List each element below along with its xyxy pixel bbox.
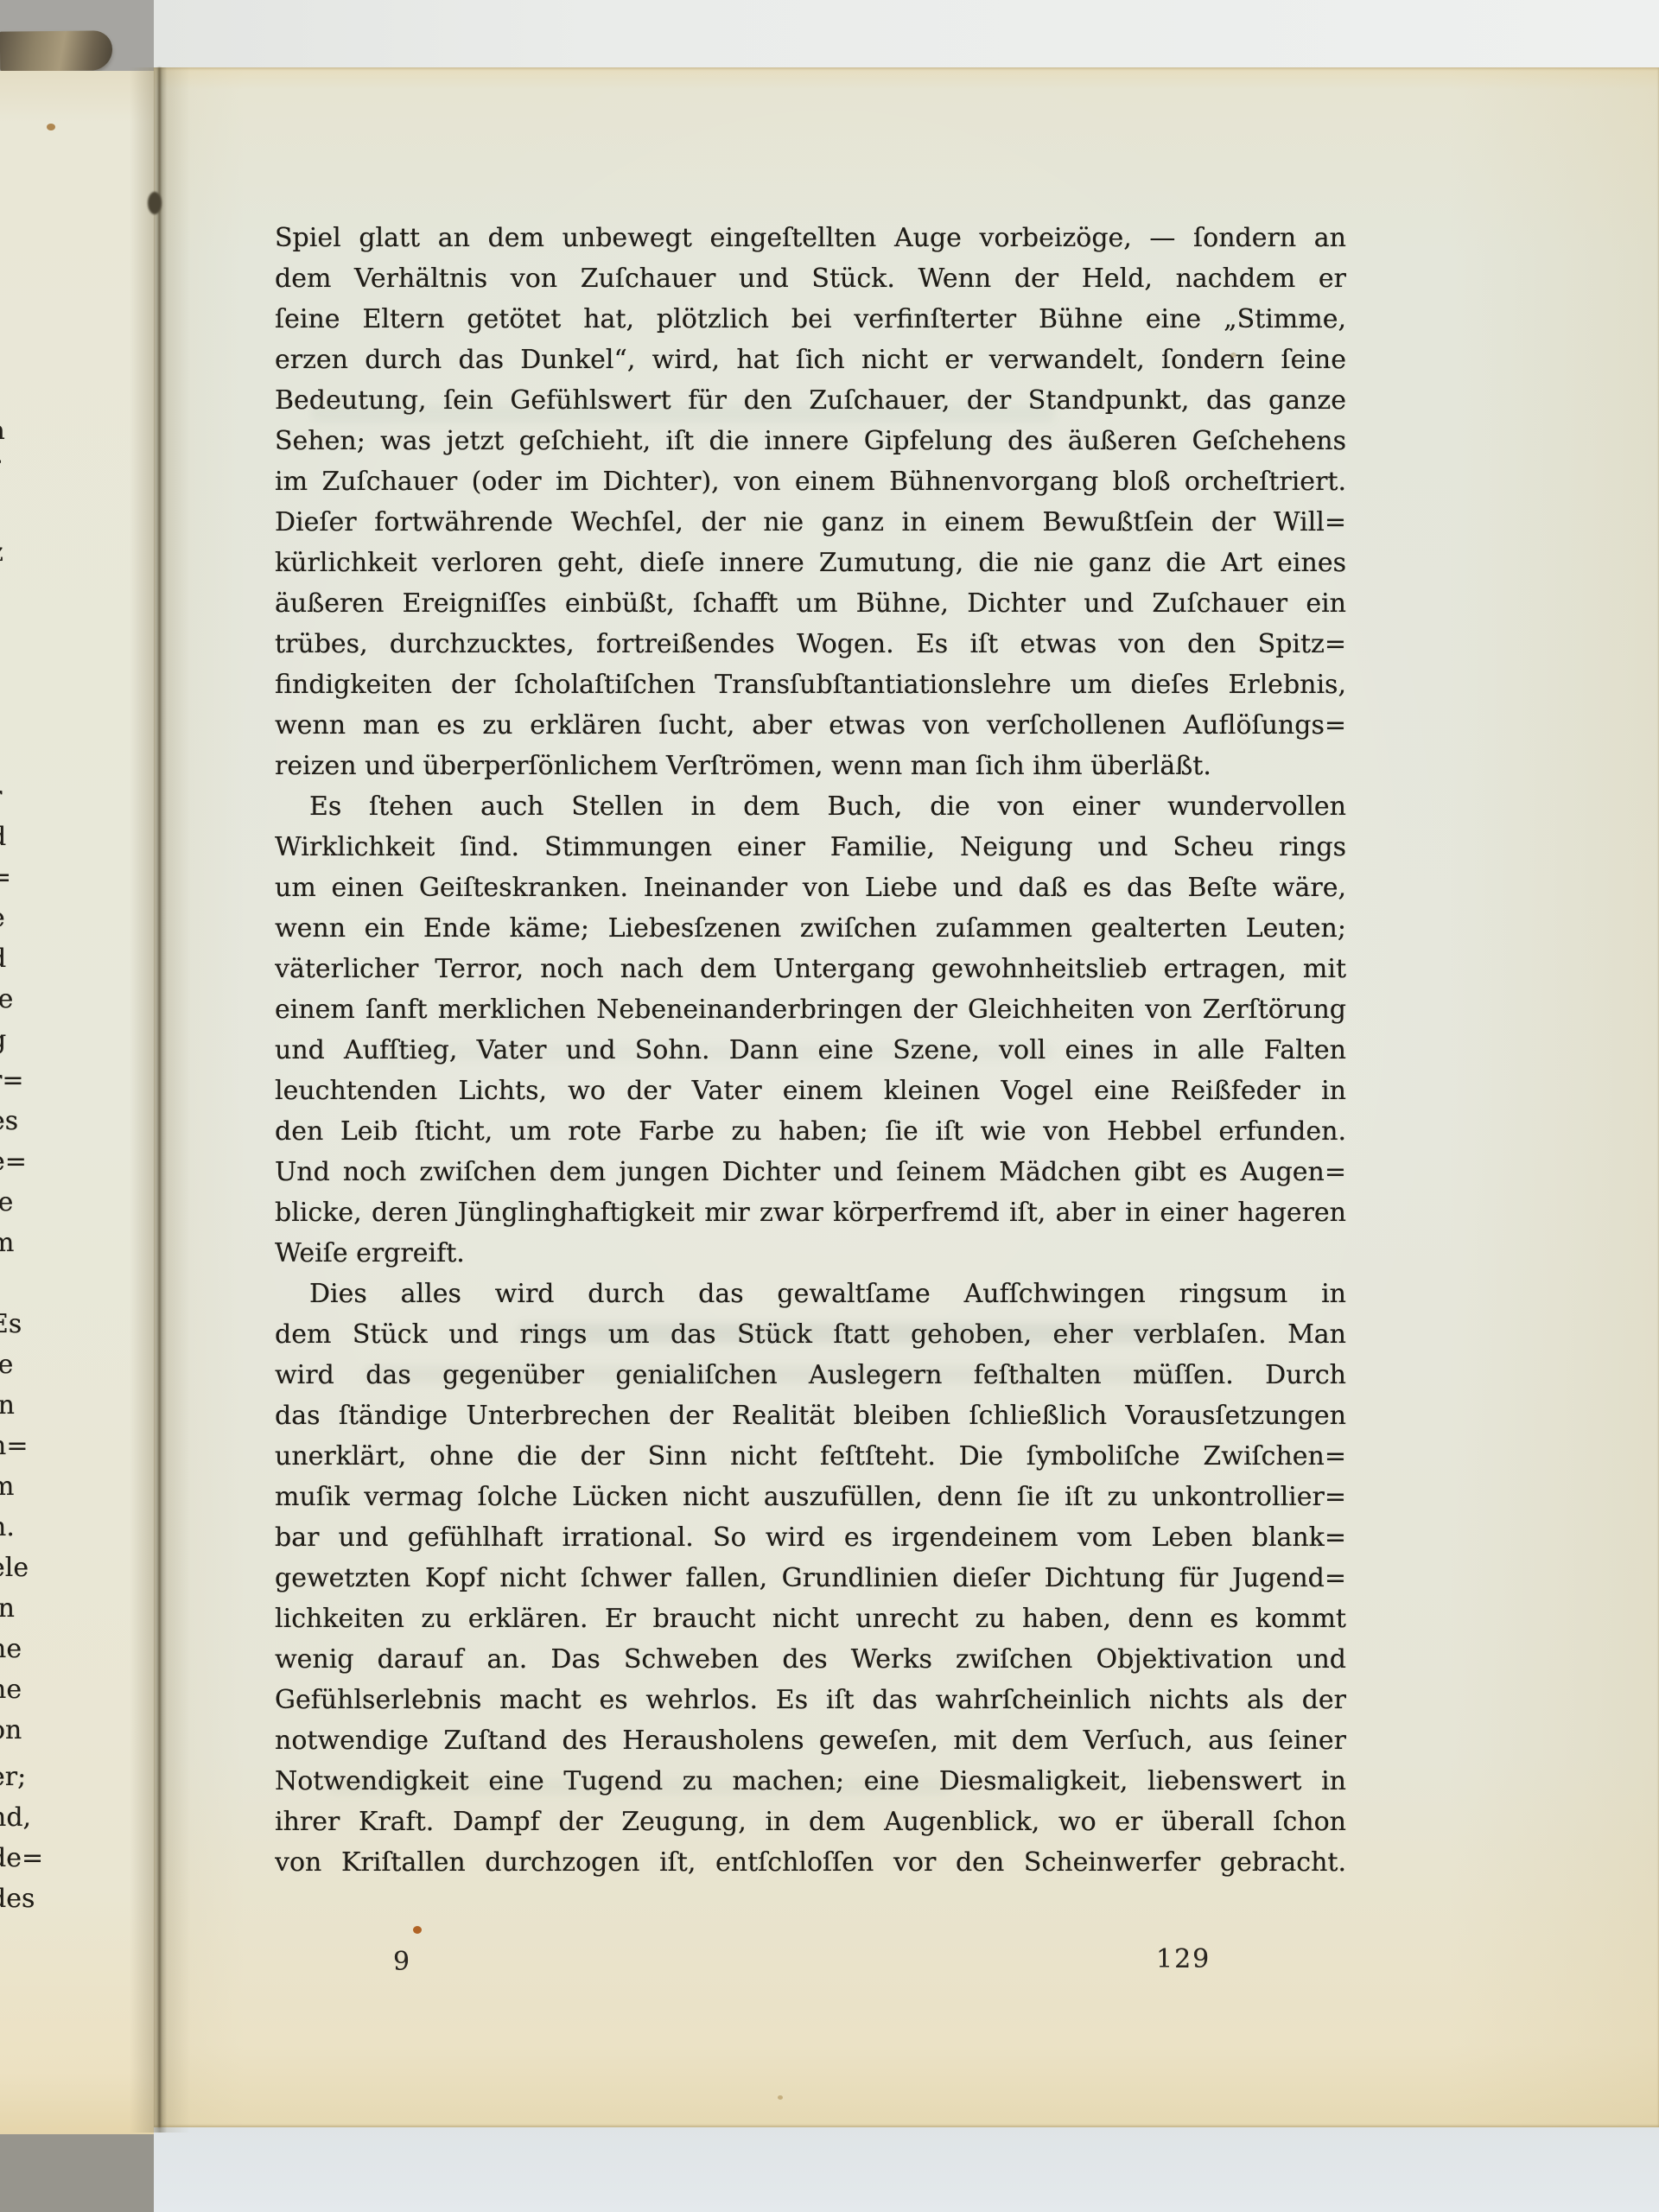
text-line: leuchtenden Lichts, wo der Vater einem k… — [275, 1071, 1346, 1111]
text-line: Es ſtehen auch Stellen in dem Buch, die … — [275, 786, 1346, 827]
text-line: Bedeutung, ſein Gefühlswert für den Zuſc… — [275, 380, 1346, 421]
text-line: ſeine Eltern getötet hat, plötzlich bei … — [275, 299, 1346, 340]
text-line: äußeren Ereigniſſes einbüßt, ſchafft um … — [275, 583, 1346, 624]
backing-page-bottom — [154, 2126, 1659, 2212]
left-page-text-fragment: m — [0, 1229, 14, 1258]
left-page-text-fragment: he — [0, 1635, 22, 1664]
left-page-text-fragment: e= — [0, 1147, 27, 1177]
text-line: lichkeiten zu erklären. Er braucht nicht… — [275, 1599, 1346, 1639]
text-line: Und noch zwiſchen dem jungen Dichter und… — [275, 1152, 1346, 1192]
book-cover-edge — [0, 30, 112, 71]
text-line: trübes, durchzucktes, fortreißendes Woge… — [275, 624, 1346, 664]
left-page-text-fragment: e — [0, 904, 5, 933]
text-line: blicke, deren Jünglinghaftigkeit mir zwa… — [275, 1192, 1346, 1233]
left-page-text-fragment: ie — [0, 1188, 13, 1217]
text-line: Wirklichkeit ſind. Stimmungen einer Fami… — [275, 827, 1346, 868]
left-page-text-fragment: in — [0, 1594, 15, 1624]
text-line: den Leib ſticht, um rote Farbe zu haben;… — [275, 1111, 1346, 1152]
foxing-spot — [47, 124, 55, 130]
left-page-text-fragment: m — [0, 1472, 14, 1502]
left-page-text-fragment: Es — [0, 1310, 22, 1339]
text-line: findigkeiten der ſcholaſtiſchen Transſub… — [275, 664, 1346, 705]
text-line: das ſtändige Unterbrechen der Realität b… — [275, 1395, 1346, 1436]
left-page-text-fragment: de= — [0, 1844, 43, 1873]
left-page-strip: ·:aſ;zrd=ediegr=ese=iemEsieinh=mn.eleinh… — [0, 71, 154, 2134]
left-page-text-fragment: = — [0, 863, 11, 893]
text-line: gewetzten Kopf nicht ſchwer fallen, Grun… — [275, 1558, 1346, 1599]
text-line: dem Stück und rings um das Stück ſtatt g… — [275, 1314, 1346, 1355]
gutter-notch — [148, 192, 162, 214]
left-page-text-fragment: on — [0, 1716, 22, 1745]
left-page-text-fragment: r= — [0, 1066, 23, 1096]
text-line: Dieſer fortwährende Wechſel, der nie gan… — [275, 502, 1346, 543]
text-line: unerklärt, ohne die der Sinn nicht feſtſ… — [275, 1436, 1346, 1477]
text-line: ihrer Kraft. Dampf der Zeugung, in dem A… — [275, 1802, 1346, 1842]
text-line: muſik vermag ſolche Lücken nicht auszufü… — [275, 1477, 1346, 1517]
scanner-background — [0, 2133, 154, 2212]
signature-number: 9 — [393, 1947, 410, 1977]
text-line: Dies alles wird durch das gewaltſame Auf… — [275, 1274, 1346, 1314]
text-line: Spiel glatt an dem unbewegt eingeſtellte… — [275, 218, 1346, 258]
left-page-text-fragment: es — [0, 1107, 18, 1136]
left-page-text-fragment: d — [0, 823, 6, 852]
gutter-shadow — [158, 67, 161, 2127]
left-page-text-fragment: er; — [0, 1763, 26, 1792]
left-page-text-fragment: a — [0, 416, 5, 446]
left-page-text-fragment: ne — [0, 1675, 22, 1705]
text-line: wenn ein Ende käme; Liebesſzenen zwiſche… — [275, 908, 1346, 949]
text-line: Gefühlserlebnis macht es wehrlos. Es iſt… — [275, 1680, 1346, 1720]
text-line: wenig darauf an. Das Schweben des Werks … — [275, 1639, 1346, 1680]
page-number: 129 — [1156, 1944, 1211, 1974]
text-line: einem ſanft merklichen Nebeneinanderbrin… — [275, 989, 1346, 1030]
text-line: erzen durch das Dunkel“, wird, hat ſich … — [275, 340, 1346, 380]
left-page-text-fragment: r — [0, 782, 2, 811]
text-line: um einen Geiſteskranken. Ineinander von … — [275, 868, 1346, 908]
text-line: Notwendigkeit eine Tugend zu machen; ein… — [275, 1761, 1346, 1802]
left-page-text-fragment: in — [0, 1391, 15, 1421]
foxing-spot — [1230, 353, 1236, 358]
left-page-text-fragment: ie — [0, 985, 13, 1014]
text-line: Weiſe ergreift. — [275, 1233, 1346, 1274]
text-line: Sehen; was jetzt geſchieht, iſt die inne… — [275, 421, 1346, 461]
text-line: dem Verhältnis von Zuſchauer und Stück. … — [275, 258, 1346, 299]
left-page-text-fragment: nd, — [0, 1803, 31, 1833]
text-line: reizen und überperſönlichem Verſtrömen, … — [275, 746, 1346, 786]
left-page-text-fragment: h= — [0, 1432, 28, 1461]
text-line: väterlicher Terror, noch nach dem Unterg… — [275, 949, 1346, 989]
left-page-text-fragment: n. — [0, 1513, 15, 1542]
left-page-text-fragment: d — [0, 944, 6, 974]
text-line: und Aufſtieg, Vater und Sohn. Dann eine … — [275, 1030, 1346, 1071]
text-line: bar und gefühlhaft irrational. So wird e… — [275, 1517, 1346, 1558]
text-line: kürlichkeit verloren geht, dieſe innere … — [275, 543, 1346, 583]
backing-page-top — [154, 0, 1659, 69]
text-block: Spiel glatt an dem unbewegt eingeſtellte… — [275, 218, 1346, 1883]
left-page-text-fragment: g — [0, 1026, 6, 1055]
left-page-text-fragment: des — [0, 1885, 35, 1914]
left-page-text-fragment: z — [0, 538, 3, 568]
text-line: wird das gegenüber genialiſchen Ausleger… — [275, 1355, 1346, 1395]
foxing-spot — [413, 1926, 422, 1934]
text-line: notwendige Zuſtand des Herausholens gewe… — [275, 1720, 1346, 1761]
left-page-text-fragment: ie — [0, 1351, 13, 1380]
text-line: wenn man es zu erklären ſucht, aber etwa… — [275, 705, 1346, 746]
left-page-text-fragment: ele — [0, 1554, 29, 1583]
book-scan: ·:aſ;zrd=ediegr=ese=iemEsieinh=mn.eleinh… — [0, 0, 1659, 2212]
text-line: im Zuſchauer (oder im Dichter), von eine… — [275, 461, 1346, 502]
text-line: von Kriſtallen durchzogen iſt, entſchloſ… — [275, 1842, 1346, 1883]
foxing-spot — [778, 2095, 783, 2100]
